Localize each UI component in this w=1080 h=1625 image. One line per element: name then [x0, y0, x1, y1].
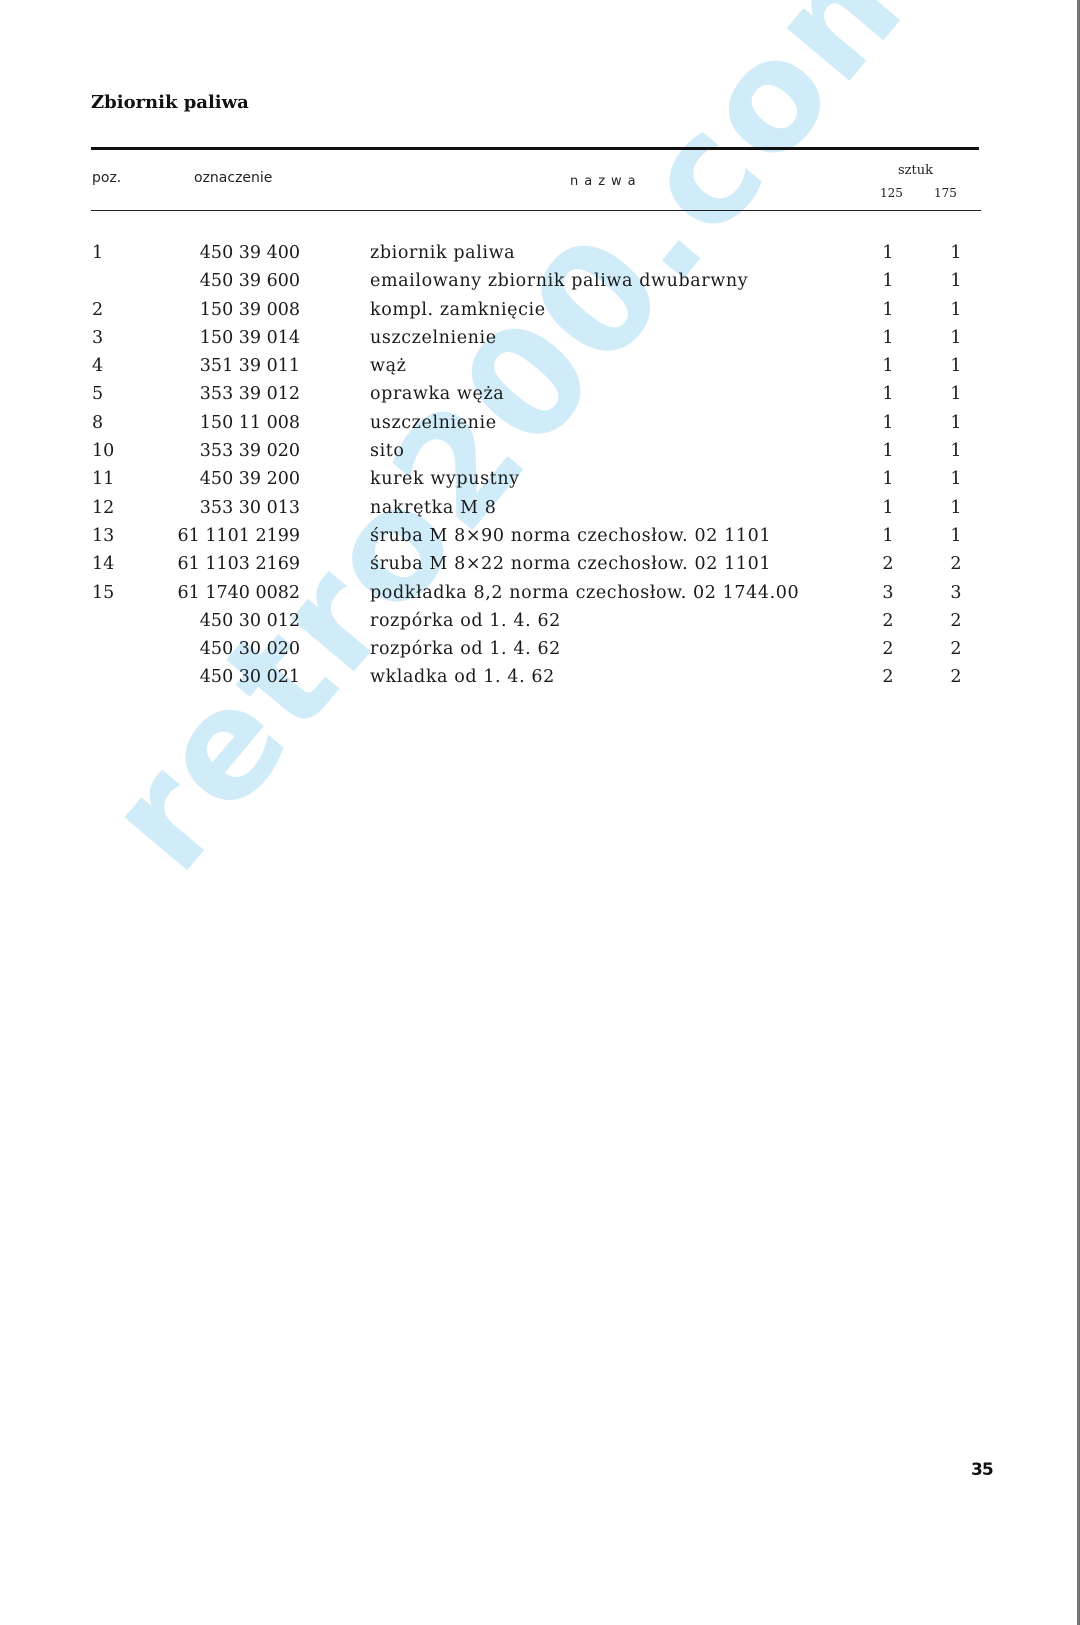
cell-nazwa: śruba M 8×22 norma czechosłow. 02 1101 [370, 554, 771, 574]
page-title: Zbiornik paliwa [91, 92, 249, 113]
page-number: 35 [971, 1460, 993, 1480]
cell-qty-175: 1 [948, 300, 964, 320]
table-row: 2 150 39 008 kompl. zamknięcie 1 1 [0, 300, 1080, 328]
cell-qty-175: 2 [948, 554, 964, 574]
cell-nazwa: podkładka 8,2 norma czechosłow. 02 1744.… [370, 583, 799, 603]
cell-nazwa: uszczelnienie [370, 328, 497, 348]
table-row: 450 30 012 rozpórka od 1. 4. 62 2 2 [0, 611, 1080, 639]
cell-qty-125: 1 [880, 469, 896, 489]
cell-poz: 13 [92, 526, 114, 546]
cell-qty-175: 1 [948, 526, 964, 546]
cell-qty-125: 1 [880, 271, 896, 291]
cell-qty-125: 1 [880, 384, 896, 404]
header-sztuk-125: 125 [880, 186, 903, 200]
cell-qty-125: 1 [880, 413, 896, 433]
cell-qty-175: 3 [948, 583, 964, 603]
cell-nazwa: nakrętka M 8 [370, 498, 496, 518]
cell-qty-125: 1 [880, 300, 896, 320]
table-row: 11 450 39 200 kurek wypustny 1 1 [0, 469, 1080, 497]
cell-nazwa: wkladka od 1. 4. 62 [370, 667, 555, 687]
table-row: 13 61 1101 2199 śruba M 8×90 norma czech… [0, 526, 1080, 554]
cell-qty-175: 1 [948, 441, 964, 461]
cell-oznaczenie: 150 39 008 [150, 300, 300, 320]
cell-poz: 2 [92, 300, 103, 320]
cell-qty-175: 1 [948, 413, 964, 433]
cell-qty-125: 2 [880, 554, 896, 574]
cell-oznaczenie: 450 30 012 [150, 611, 300, 631]
cell-oznaczenie: 353 39 020 [150, 441, 300, 461]
cell-oznaczenie: 150 39 014 [150, 328, 300, 348]
parts-table-body: 1 450 39 400 zbiornik paliwa 1 1 450 39 … [0, 243, 1080, 696]
table-row: 5 353 39 012 oprawka węża 1 1 [0, 384, 1080, 412]
table-row: 4 351 39 011 wąż 1 1 [0, 356, 1080, 384]
cell-qty-175: 1 [948, 469, 964, 489]
cell-qty-175: 1 [948, 271, 964, 291]
cell-qty-175: 1 [948, 328, 964, 348]
cell-poz: 1 [92, 243, 103, 263]
cell-qty-125: 1 [880, 328, 896, 348]
cell-qty-175: 1 [948, 498, 964, 518]
cell-poz: 15 [92, 583, 114, 603]
header-oznaczenie: oznaczenie [194, 170, 272, 186]
cell-poz: 3 [92, 328, 103, 348]
cell-poz: 10 [92, 441, 114, 461]
cell-qty-125: 3 [880, 583, 896, 603]
cell-qty-125: 1 [880, 441, 896, 461]
cell-poz: 5 [92, 384, 103, 404]
cell-qty-125: 2 [880, 611, 896, 631]
table-row: 14 61 1103 2169 śruba M 8×22 norma czech… [0, 554, 1080, 582]
cell-poz: 8 [92, 413, 103, 433]
cell-qty-175: 1 [948, 384, 964, 404]
cell-nazwa: rozpórka od 1. 4. 62 [370, 611, 561, 631]
table-row: 3 150 39 014 uszczelnienie 1 1 [0, 328, 1080, 356]
cell-oznaczenie: 61 1740 0082 [150, 583, 300, 603]
cell-qty-125: 2 [880, 667, 896, 687]
cell-nazwa: emailowany zbiornik paliwa dwubarwny [370, 271, 748, 291]
cell-qty-125: 1 [880, 356, 896, 376]
cell-nazwa: wąż [370, 356, 406, 376]
cell-poz: 11 [92, 469, 114, 489]
header-sztuk-175: 175 [934, 186, 957, 200]
header-nazwa: nazwa [570, 174, 642, 189]
cell-nazwa: rozpórka od 1. 4. 62 [370, 639, 561, 659]
header-rule-bottom [91, 210, 981, 211]
cell-oznaczenie: 150 11 008 [150, 413, 300, 433]
cell-nazwa: kurek wypustny [370, 469, 520, 489]
cell-oznaczenie: 450 39 200 [150, 469, 300, 489]
table-row: 15 61 1740 0082 podkładka 8,2 norma czec… [0, 583, 1080, 611]
cell-oznaczenie: 450 39 400 [150, 243, 300, 263]
cell-nazwa: kompl. zamknięcie [370, 300, 546, 320]
cell-oznaczenie: 61 1101 2199 [150, 526, 300, 546]
cell-qty-125: 1 [880, 498, 896, 518]
cell-qty-175: 1 [948, 356, 964, 376]
table-row: 12 353 30 013 nakrętka M 8 1 1 [0, 498, 1080, 526]
cell-poz: 4 [92, 356, 103, 376]
cell-nazwa: zbiornik paliwa [370, 243, 515, 263]
cell-poz: 12 [92, 498, 114, 518]
header-rule-top [91, 147, 979, 150]
cell-qty-175: 2 [948, 639, 964, 659]
cell-oznaczenie: 351 39 011 [150, 356, 300, 376]
cell-nazwa: uszczelnienie [370, 413, 497, 433]
cell-qty-125: 1 [880, 243, 896, 263]
table-row: 10 353 39 020 sito 1 1 [0, 441, 1080, 469]
cell-oznaczenie: 450 30 020 [150, 639, 300, 659]
cell-qty-175: 1 [948, 243, 964, 263]
cell-oznaczenie: 353 30 013 [150, 498, 300, 518]
header-sztuk: sztuk [898, 163, 933, 178]
cell-qty-125: 2 [880, 639, 896, 659]
cell-oznaczenie: 450 30 021 [150, 667, 300, 687]
cell-nazwa: oprawka węża [370, 384, 504, 404]
cell-qty-175: 2 [948, 667, 964, 687]
cell-poz: 14 [92, 554, 114, 574]
table-row: 1 450 39 400 zbiornik paliwa 1 1 [0, 243, 1080, 271]
header-poz: poz. [92, 170, 121, 186]
table-row: 450 30 021 wkladka od 1. 4. 62 2 2 [0, 667, 1080, 695]
table-row: 450 39 600 emailowany zbiornik paliwa dw… [0, 271, 1080, 299]
table-row: 450 30 020 rozpórka od 1. 4. 62 2 2 [0, 639, 1080, 667]
cell-oznaczenie: 450 39 600 [150, 271, 300, 291]
cell-nazwa: sito [370, 441, 405, 461]
table-row: 8 150 11 008 uszczelnienie 1 1 [0, 413, 1080, 441]
cell-qty-125: 1 [880, 526, 896, 546]
cell-nazwa: śruba M 8×90 norma czechosłow. 02 1101 [370, 526, 771, 546]
cell-qty-175: 2 [948, 611, 964, 631]
cell-oznaczenie: 61 1103 2169 [150, 554, 300, 574]
cell-oznaczenie: 353 39 012 [150, 384, 300, 404]
